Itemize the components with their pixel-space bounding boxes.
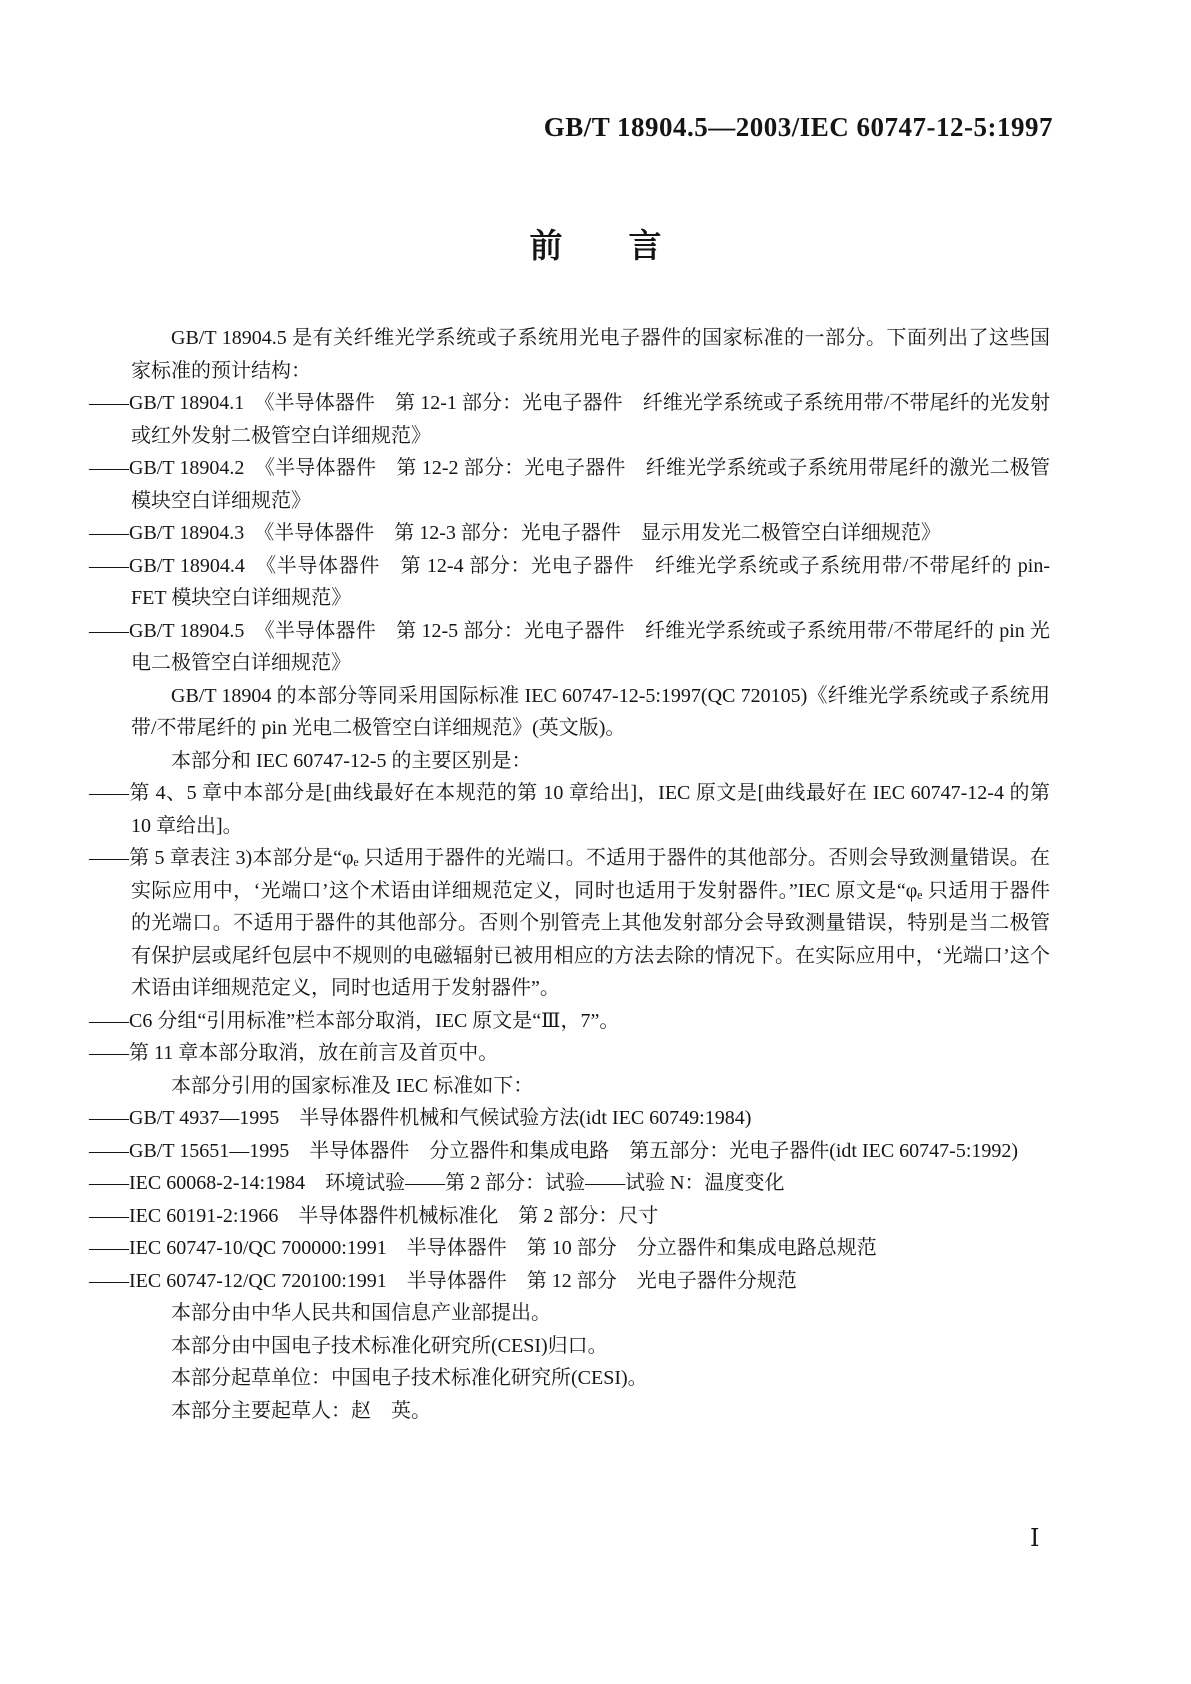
list-item-diff-ch4-5: ——第 4、5 章中本部分是[曲线最好在本规范的第 10 章给出]，IEC 原文… [131, 777, 1050, 842]
list-item-gbt-18904-3: ——GB/T 18904.3 《半导体器件 第 12-3 部分：光电子器件 显示… [131, 517, 1050, 550]
list-item-iec-60747-10: ——IEC 60747-10/QC 700000:1991 半导体器件 第 10… [131, 1232, 1050, 1265]
list-item-gbt-18904-5: ——GB/T 18904.5 《半导体器件 第 12-5 部分：光电子器件 纤维… [131, 615, 1050, 680]
list-item-gbt-4937: ——GB/T 4937—1995 半导体器件机械和气候试验方法(idt IEC … [131, 1102, 1050, 1135]
list-item-diff-c6: ——C6 分组“引用标准”栏本部分取消，IEC 原文是“Ⅲ，7”。 [131, 1005, 1050, 1038]
paragraph-centralized-by: 本部分由中国电子技术标准化研究所(CESI)归口。 [131, 1330, 1050, 1363]
list-item-gbt-18904-4: ——GB/T 18904.4 《半导体器件 第 12-4 部分：光电子器件 纤维… [131, 550, 1050, 615]
paragraph-intro: GB/T 18904.5 是有关纤维光学系统或子系统用光电子器件的国家标准的一部… [131, 322, 1050, 387]
list-item-gbt-15651: ——GB/T 15651—1995 半导体器件 分立器件和集成电路 第五部分：光… [131, 1135, 1050, 1168]
foreword-body: GB/T 18904.5 是有关纤维光学系统或子系统用光电子器件的国家标准的一部… [131, 322, 1050, 1427]
list-item-gbt-18904-2: ——GB/T 18904.2 《半导体器件 第 12-2 部分：光电子器件 纤维… [131, 452, 1050, 517]
page-title: 前 言 [0, 220, 1191, 267]
paragraph-proposed-by: 本部分由中华人民共和国信息产业部提出。 [131, 1297, 1050, 1330]
list-item-gbt-18904-1: ——GB/T 18904.1 《半导体器件 第 12-1 部分：光电子器件 纤维… [131, 387, 1050, 452]
list-item-diff-ch5-note3: ——第 5 章表注 3)本部分是“φₑ 只适用于器件的光端口。不适用于器件的其他… [131, 842, 1050, 1005]
paragraph-adoption: GB/T 18904 的本部分等同采用国际标准 IEC 60747-12-5:1… [131, 680, 1050, 745]
paragraph-references: 本部分引用的国家标准及 IEC 标准如下： [131, 1070, 1050, 1103]
list-item-iec-60191: ——IEC 60191-2:1966 半导体器件机械标准化 第 2 部分：尺寸 [131, 1200, 1050, 1233]
page-number: Ⅰ [1030, 1524, 1039, 1553]
list-item-diff-ch11: ——第 11 章本部分取消，放在前言及首页中。 [131, 1037, 1050, 1070]
document-page: GB/T 18904.5—2003/IEC 60747-12-5:1997 前 … [0, 0, 1191, 1684]
running-header: GB/T 18904.5—2003/IEC 60747-12-5:1997 [544, 112, 1053, 143]
paragraph-differences: 本部分和 IEC 60747-12-5 的主要区别是： [131, 745, 1050, 778]
list-item-iec-60068: ——IEC 60068-2-14:1984 环境试验——第 2 部分：试验——试… [131, 1167, 1050, 1200]
paragraph-drafting-org: 本部分起草单位：中国电子技术标准化研究所(CESI)。 [131, 1362, 1050, 1395]
paragraph-drafter: 本部分主要起草人：赵 英。 [131, 1395, 1050, 1428]
list-item-iec-60747-12: ——IEC 60747-12/QC 720100:1991 半导体器件 第 12… [131, 1265, 1050, 1298]
